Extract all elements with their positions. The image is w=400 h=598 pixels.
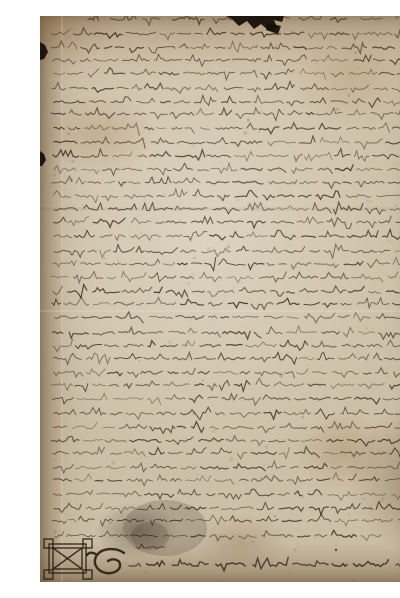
left-edge-nick-lower [40,151,46,166]
left-edge-nick-upper [40,42,48,60]
crease-lines [40,16,400,582]
notarial-sign [44,539,92,579]
manuscript-photo [40,16,400,582]
top-center-drip [266,23,281,34]
manuscript-render [40,16,400,582]
parchment-speckle-layer [43,16,400,582]
notary-subscription-line [129,557,400,570]
